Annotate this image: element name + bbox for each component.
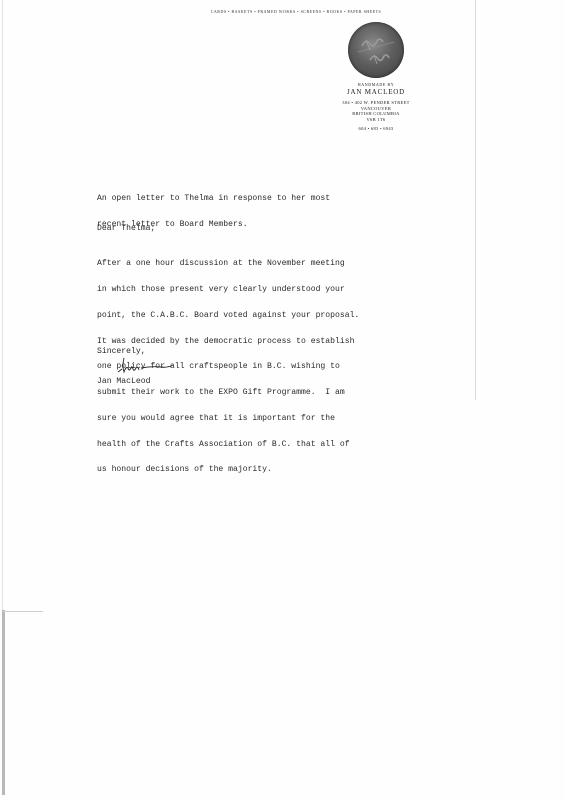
body-line: health of the Crafts Association of B.C.… (97, 441, 359, 450)
intro-line: An open letter to Thelma in response to … (97, 195, 330, 204)
scan-edge-line (475, 0, 476, 400)
letter-signer: Jan MacLeod (97, 378, 150, 387)
embossed-seal-icon (348, 22, 404, 78)
body-line: After a one hour discussion at the Novem… (97, 260, 359, 269)
letterhead-tagline: CARDS • BASKETS • FRAMED WORKS • SCREENS… (196, 9, 396, 14)
letterhead-phone: 604 • 683 • 6943 (316, 126, 436, 132)
letter-intro: An open letter to Thelma in response to … (97, 178, 330, 247)
body-line: It was decided by the democratic process… (97, 338, 359, 347)
body-line: submit their work to the EXPO Gift Progr… (97, 389, 359, 398)
letterhead-address: 304 • 402 W. PENDER STREET VANCOUVER BRI… (316, 100, 436, 122)
body-line: point, the C.A.B.C. Board voted against … (97, 312, 359, 321)
body-line: in which those present very clearly unde… (97, 286, 359, 295)
scan-edge-shadow (2, 610, 5, 795)
letterhead-name: JAN MACLEOD (316, 88, 436, 97)
body-line: sure you would agree that it is importan… (97, 415, 359, 424)
address-line: V6B 1T6 (316, 117, 436, 123)
scan-mark (3, 611, 43, 612)
letter-page: CARDS • BASKETS • FRAMED WORKS • SCREENS… (0, 0, 565, 800)
scan-edge-line (2, 0, 3, 610)
body-line: us honour decisions of the majority. (97, 466, 359, 475)
letter-salutation: Dear Thelma; (97, 225, 155, 234)
letterhead-block: HANDMADE BY JAN MACLEOD 304 • 402 W. PEN… (316, 82, 436, 132)
